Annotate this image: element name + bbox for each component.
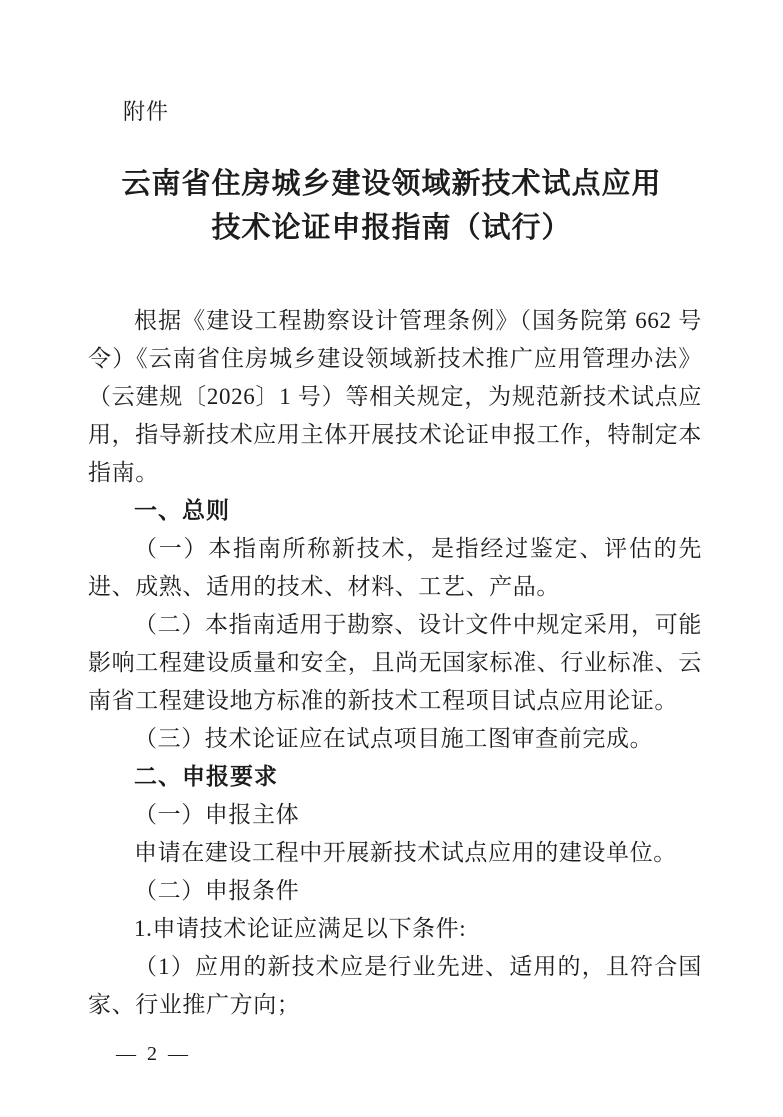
document-page: 附件 云南省住房城乡建设领域新技术试点应用 技术论证申报指南（试行） 根据《建设…: [0, 0, 783, 1117]
subsection-2-1-heading: （一）申报主体: [88, 796, 702, 834]
document-title: 云南省住房城乡建设领域新技术试点应用 技术论证申报指南（试行）: [0, 162, 783, 250]
clause-1-2: （二）本指南适用于勘察、设计文件中规定采用，可能影响工程建设质量和安全，且尚无国…: [88, 606, 702, 720]
clause-1-3: （三）技术论证应在试点项目施工图审查前完成。: [88, 720, 702, 758]
condition-list-intro: 1.申请技术论证应满足以下条件:: [88, 910, 702, 948]
attachment-label: 附件: [123, 100, 169, 126]
subsection-2-1-body: 申请在建设工程中开展新技术试点应用的建设单位。: [88, 834, 702, 872]
document-title-line-1: 云南省住房城乡建设领域新技术试点应用: [0, 162, 783, 206]
intro-paragraph: 根据《建设工程勘察设计管理条例》（国务院第 662 号令）《云南省住房城乡建设领…: [88, 302, 702, 492]
condition-item-1: （1）应用的新技术应是行业先进、适用的，且符合国家、行业推广方向；: [88, 948, 702, 1024]
page-number: — 2 —: [116, 1042, 191, 1066]
clause-1-1: （一）本指南所称新技术，是指经过鉴定、评估的先进、成熟、适用的技术、材料、工艺、…: [88, 530, 702, 606]
section-heading-2: 二、申报要求: [88, 758, 702, 796]
subsection-2-2-heading: （二）申报条件: [88, 872, 702, 910]
document-title-line-2: 技术论证申报指南（试行）: [0, 206, 783, 250]
section-heading-1: 一、总则: [88, 492, 702, 530]
document-body: 根据《建设工程勘察设计管理条例》（国务院第 662 号令）《云南省住房城乡建设领…: [88, 302, 702, 1024]
